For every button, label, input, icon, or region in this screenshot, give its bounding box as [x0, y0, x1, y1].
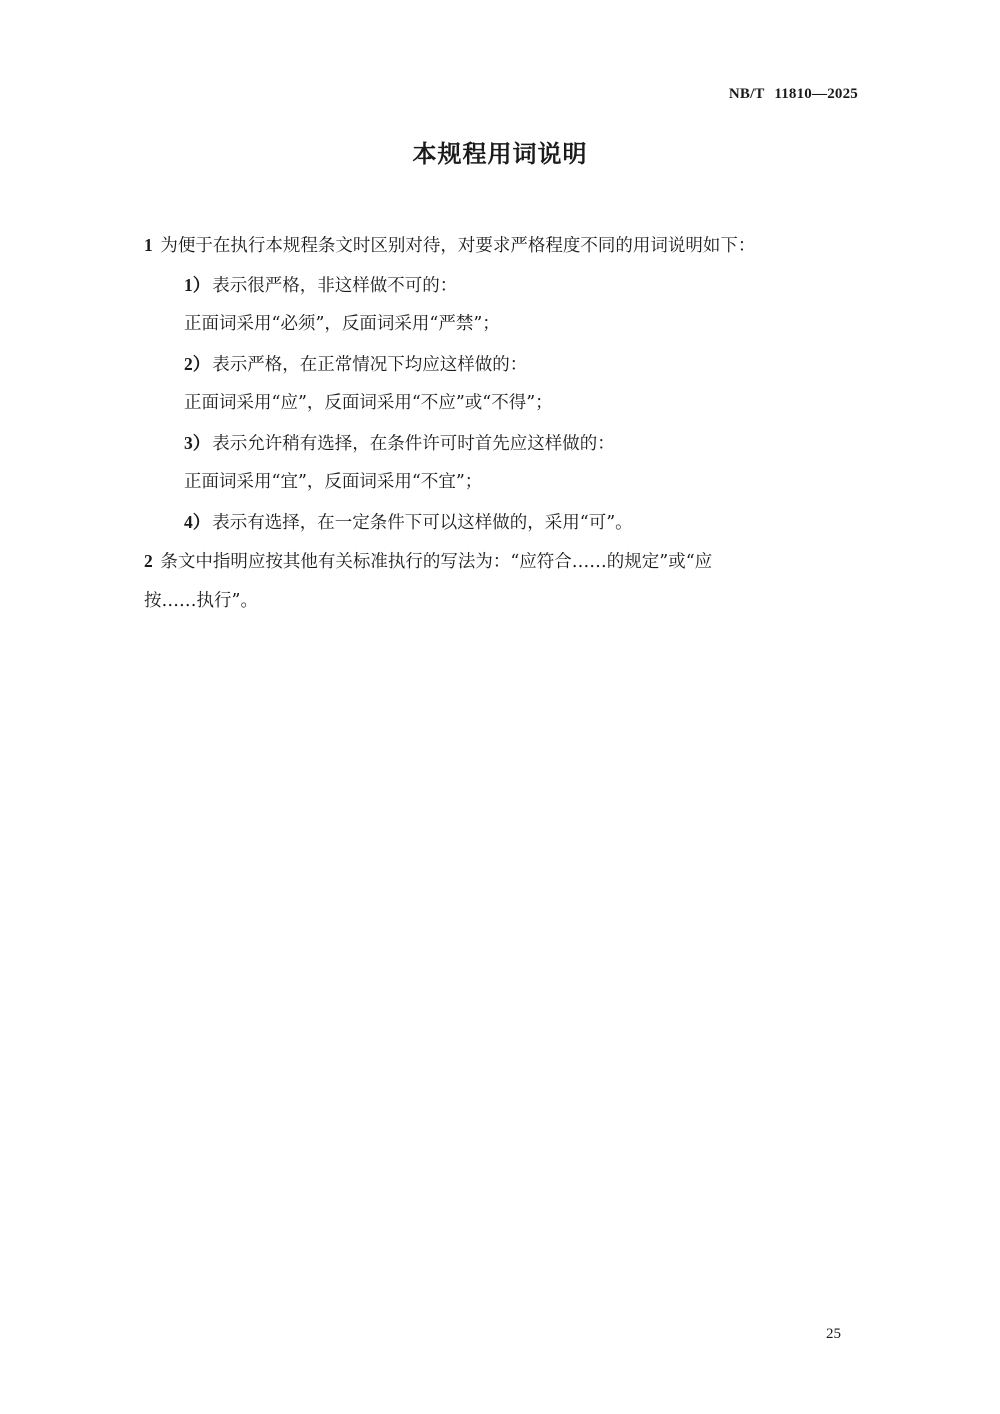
page-number: 25	[826, 1326, 841, 1343]
item-text: 表示很严格，非这样做不可的：	[212, 276, 457, 296]
clause-1-item-1: 1）表示很严格，非这样做不可的：	[144, 270, 860, 310]
item-text: 表示有选择，在一定条件下可以这样做的，采用“可”。	[212, 513, 632, 533]
standard-code: NB/T 11810—2025	[729, 86, 858, 103]
item-number: 3）	[184, 433, 210, 453]
clause-text: 条文中指明应按其他有关标准执行的写法为：“应符合……的规定”或“应	[160, 552, 712, 572]
page-title: 本规程用词说明	[0, 134, 1000, 169]
clause-2: 2 条文中指明应按其他有关标准执行的写法为：“应符合……的规定”或“应	[144, 546, 860, 586]
document-body: 1 为便于在执行本规程条文时区别对待，对要求严格程度不同的用词说明如下： 1）表…	[144, 230, 860, 625]
item-text: 表示允许稍有选择，在条件许可时首先应这样做的：	[212, 434, 615, 454]
clause-1-item-4: 4）表示有选择，在一定条件下可以这样做的，采用“可”。	[144, 507, 860, 547]
clause-text: 为便于在执行本规程条文时区别对待，对要求严格程度不同的用词说明如下：	[160, 236, 755, 256]
clause-1-item-3-detail: 正面词采用“宜”，反面词采用“不宜”；	[144, 467, 860, 507]
clause-1-item-2: 2）表示严格，在正常情况下均应这样做的：	[144, 349, 860, 389]
clause-1-item-3: 3）表示允许稍有选择，在条件许可时首先应这样做的：	[144, 428, 860, 468]
item-number: 2）	[184, 354, 210, 374]
item-text: 表示严格，在正常情况下均应这样做的：	[212, 355, 527, 375]
clause-number: 1	[144, 235, 153, 255]
clause-1-item-1-detail: 正面词采用“必须”，反面词采用“严禁”；	[144, 309, 860, 349]
item-number: 1）	[184, 275, 210, 295]
clause-1: 1 为便于在执行本规程条文时区别对待，对要求严格程度不同的用词说明如下：	[144, 230, 860, 270]
clause-number: 2	[144, 551, 153, 571]
clause-2-continued: 按……执行”。	[144, 586, 860, 626]
clause-1-item-2-detail: 正面词采用“应”，反面词采用“不应”或“不得”；	[144, 388, 860, 428]
item-number: 4）	[184, 512, 210, 532]
